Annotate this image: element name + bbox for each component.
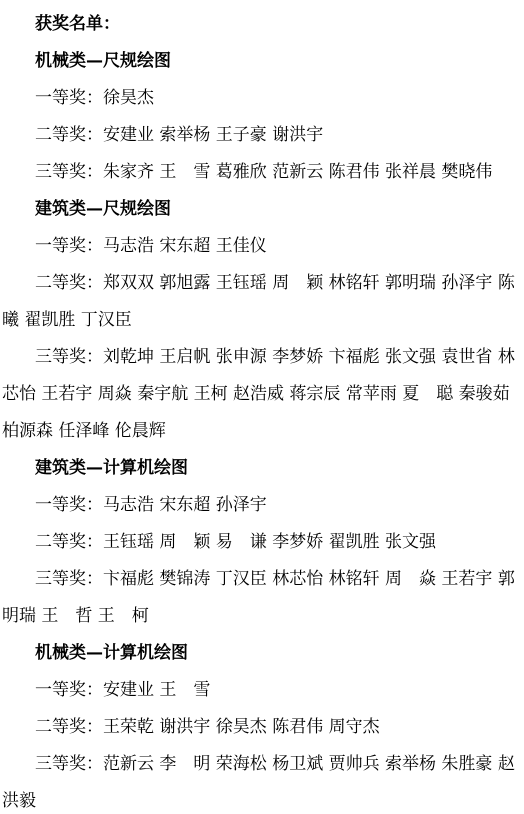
award-line-1-2: 三等奖：刘乾坤 王启帆 张申源 李梦娇 卞福彪 张文强 袁世省 林芯怡 王若宇 … [2,339,522,450]
award-section: 机械类—计算机绘图 一等奖：安建业 王 雪 二等奖：王荣乾 谢洪宇 徐昊杰 陈君… [2,635,522,814]
award-line-1-0: 一等奖：马志浩 宋东超 王佳仪 [2,228,522,265]
award-line-3-1: 二等奖：王荣乾 谢洪宇 徐昊杰 陈君伟 周守杰 [2,709,522,746]
award-line-0-0: 一等奖：徐昊杰 [2,80,522,117]
section-heading: 机械类—尺规绘图 [2,43,522,80]
award-line-0-2: 三等奖：朱家齐 王 雪 葛雅欣 范新云 陈君伟 张祥晨 樊晓伟 [2,154,522,191]
sections-container: 机械类—尺规绘图 一等奖：徐昊杰 二等奖：安建业 索举杨 王子豪 谢洪宇 三等奖… [2,43,522,814]
award-line-2-0: 一等奖：马志浩 宋东超 孙泽宇 [2,487,522,524]
award-line-2-2: 三等奖：卞福彪 樊锦涛 丁汉臣 林芯怡 林铭轩 周 焱 王若宇 郭明瑞 王 哲 … [2,561,522,635]
award-line-1-1: 二等奖：郑双双 郭旭露 王钰瑶 周 颖 林铭轩 郭明瑞 孙泽宇 陈 曦 翟凯胜 … [2,265,522,339]
document-title: 获奖名单： [2,6,522,43]
award-line-0-1: 二等奖：安建业 索举杨 王子豪 谢洪宇 [2,117,522,154]
section-heading: 建筑类—尺规绘图 [2,191,522,228]
award-section: 建筑类—尺规绘图 一等奖：马志浩 宋东超 王佳仪 二等奖：郑双双 郭旭露 王钰瑶… [2,191,522,450]
award-line-3-2: 三等奖：范新云 李 明 荣海松 杨卫斌 贾帅兵 索举杨 朱胜豪 赵洪毅 [2,746,522,814]
award-section: 机械类—尺规绘图 一等奖：徐昊杰 二等奖：安建业 索举杨 王子豪 谢洪宇 三等奖… [2,43,522,191]
award-section: 建筑类—计算机绘图 一等奖：马志浩 宋东超 孙泽宇 二等奖：王钰瑶 周 颖 易 … [2,450,522,635]
section-heading: 机械类—计算机绘图 [2,635,522,672]
award-line-2-1: 二等奖：王钰瑶 周 颖 易 谦 李梦娇 翟凯胜 张文强 [2,524,522,561]
award-document: 获奖名单： 机械类—尺规绘图 一等奖：徐昊杰 二等奖：安建业 索举杨 王子豪 谢… [0,0,524,814]
award-line-3-0: 一等奖：安建业 王 雪 [2,672,522,709]
section-heading: 建筑类—计算机绘图 [2,450,522,487]
